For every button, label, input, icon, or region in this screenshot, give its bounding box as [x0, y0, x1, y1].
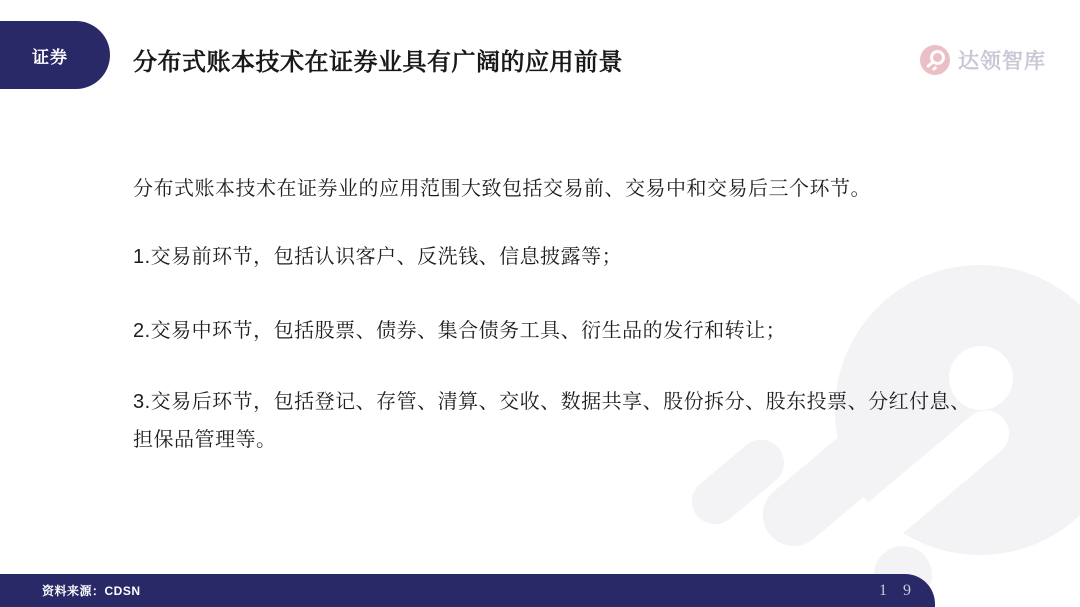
- page-title: 分布式账本技术在证券业具有广阔的应用前景: [133, 42, 623, 77]
- page-number: 1 9: [868, 582, 928, 600]
- body-paragraph-in-trade: 2.交易中环节，包括股票、债券、集合债务工具、衍生品的发行和转让；: [133, 312, 995, 350]
- brand-logo-text: 达领智库: [958, 45, 1046, 75]
- meteor-icon: [920, 45, 950, 75]
- body-paragraph-intro: 分布式账本技术在证券业的应用范围大致包括交易前、交易中和交易后三个环节。: [133, 170, 995, 208]
- footer-bar: 资料来源：CDSN 1 9: [0, 574, 935, 607]
- body-content: 分布式账本技术在证券业的应用范围大致包括交易前、交易中和交易后三个环节。 1.交…: [133, 170, 995, 459]
- body-paragraph-post-trade: 3.交易后环节，包括登记、存管、清算、交收、数据共享、股份拆分、股东投票、分红付…: [133, 383, 995, 459]
- brand-logo: 达领智库: [920, 45, 1046, 75]
- body-paragraph-pre-trade: 1.交易前环节，包括认识客户、反洗钱、信息披露等；: [133, 238, 995, 276]
- meteor-trail-icon: [932, 66, 938, 72]
- category-badge-label: 证券: [0, 43, 68, 68]
- slide: 证券 分布式账本技术在证券业具有广阔的应用前景 达领智库 分布式账本技术在证券业…: [0, 0, 1080, 607]
- category-badge: 证券: [0, 21, 110, 89]
- source-text: 资料来源：CDSN: [0, 582, 141, 599]
